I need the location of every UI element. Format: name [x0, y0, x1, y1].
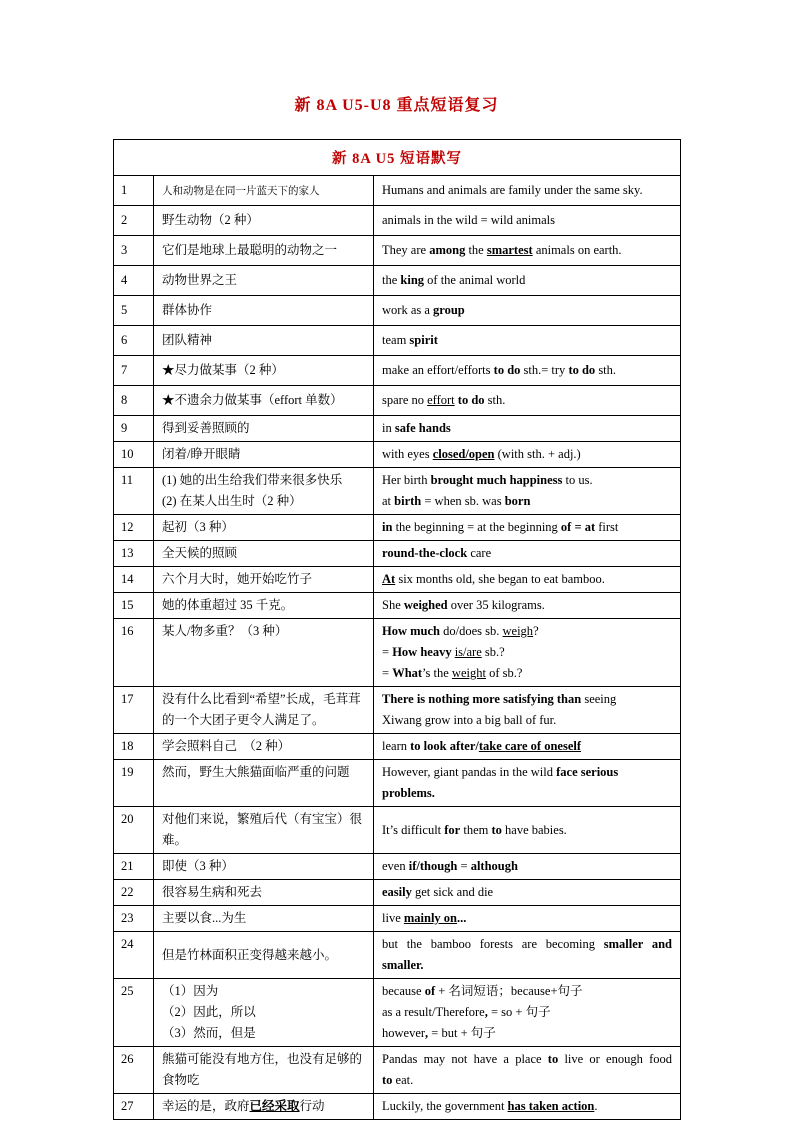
table-row: 11(1) 她的出生给我们带来很多快乐(2) 在某人出生时（2 种）Her bi…: [114, 468, 681, 515]
chinese-phrase-cell: 很容易生病和死去: [154, 880, 374, 906]
table-row: 17没有什么比看到“希望”长成，毛茸茸的一个大团子更令人满足了。There is…: [114, 687, 681, 734]
cn-line: 很容易生病和死去: [162, 882, 365, 903]
table-row: 5群体协作work as a group: [114, 296, 681, 326]
english-phrase-cell: because of + 名词短语；because+句子as a result/…: [374, 979, 681, 1047]
english-phrase-cell: team spirit: [374, 326, 681, 356]
row-number-cell: 15: [114, 593, 154, 619]
row-number-cell: 7: [114, 356, 154, 386]
english-phrase-cell: round-the-clock care: [374, 541, 681, 567]
english-phrase-cell: in the beginning = at the beginning of =…: [374, 515, 681, 541]
row-number-cell: 13: [114, 541, 154, 567]
row-number-cell: 16: [114, 619, 154, 687]
cn-line: 六个月大时，她开始吃竹子: [162, 569, 365, 590]
chinese-phrase-cell: 野生动物（2 种）: [154, 206, 374, 236]
english-phrase-cell: Humans and animals are family under the …: [374, 176, 681, 206]
chinese-phrase-cell: ★尽力做某事（2 种）: [154, 356, 374, 386]
row-number-cell: 22: [114, 880, 154, 906]
chinese-phrase-cell: 闭着/睁开眼睛: [154, 442, 374, 468]
en-line: At six months old, she began to eat bamb…: [382, 569, 672, 590]
cn-line: 闭着/睁开眼睛: [162, 444, 365, 465]
en-line: in the beginning = at the beginning of =…: [382, 517, 672, 538]
table-row: 27幸运的是，政府已经采取行动Luckily, the government h…: [114, 1094, 681, 1120]
en-line: however, = but + 句子: [382, 1023, 672, 1044]
phrase-table: 新 8A U5 短语默写 1人和动物是在同一片蓝天下的家人Humans and …: [113, 139, 681, 1120]
en-line: = What’s the weight of sb.?: [382, 663, 672, 684]
chinese-phrase-cell: 即使（3 种）: [154, 854, 374, 880]
en-line: Humans and animals are family under the …: [382, 180, 672, 201]
en-line: = How heavy is/are sb.?: [382, 642, 672, 663]
table-row: 1人和动物是在同一片蓝天下的家人Humans and animals are f…: [114, 176, 681, 206]
en-line: easily get sick and die: [382, 882, 672, 903]
table-row: 4动物世界之王the king of the animal world: [114, 266, 681, 296]
chinese-phrase-cell: 熊猫可能没有地方住，也没有足够的食物吃: [154, 1047, 374, 1094]
cn-line: 团队精神: [162, 330, 365, 351]
english-phrase-cell: Pandas may not have a place to live or e…: [374, 1047, 681, 1094]
row-number-cell: 8: [114, 386, 154, 416]
table-row: 18学会照料自己 （2 种）learn to look after/take c…: [114, 734, 681, 760]
chinese-phrase-cell: 学会照料自己 （2 种）: [154, 734, 374, 760]
en-line: smaller.: [382, 955, 672, 976]
row-number-cell: 23: [114, 906, 154, 932]
cn-line: 然而，野生大熊猫面临严重的问题: [162, 762, 365, 783]
row-number-cell: 9: [114, 416, 154, 442]
table-row: 6团队精神team spirit: [114, 326, 681, 356]
table-row: 3它们是地球上最聪明的动物之一They are among the smarte…: [114, 236, 681, 266]
cn-line: (1) 她的出生给我们带来很多快乐: [162, 470, 365, 491]
en-line: but the bamboo forests are becoming smal…: [382, 934, 672, 955]
cn-line: 全天候的照顾: [162, 543, 365, 564]
en-line: Xiwang grow into a big ball of fur.: [382, 710, 672, 731]
english-phrase-cell: the king of the animal world: [374, 266, 681, 296]
english-phrase-cell: make an effort/efforts to do sth.= try t…: [374, 356, 681, 386]
table-row: 21即使（3 种）even if/though = although: [114, 854, 681, 880]
english-phrase-cell: even if/though = although: [374, 854, 681, 880]
en-line: learn to look after/take care of oneself: [382, 736, 672, 757]
en-line: to eat.: [382, 1070, 672, 1091]
table-row: 20对他们来说，繁殖后代（有宝宝）很难。It’s difficult for t…: [114, 807, 681, 854]
row-number-cell: 12: [114, 515, 154, 541]
table-row: 14六个月大时，她开始吃竹子At six months old, she beg…: [114, 567, 681, 593]
table-row: 23主要以食...为生live mainly on...: [114, 906, 681, 932]
english-phrase-cell: At six months old, she began to eat bamb…: [374, 567, 681, 593]
cn-line: 群体协作: [162, 300, 365, 321]
cn-line: 起初（3 种）: [162, 517, 365, 538]
chinese-phrase-cell: (1) 她的出生给我们带来很多快乐(2) 在某人出生时（2 种）: [154, 468, 374, 515]
page-title: 新 8A U5-U8 重点短语复习: [0, 92, 793, 115]
chinese-phrase-cell: 全天候的照顾: [154, 541, 374, 567]
cn-line: 熊猫可能没有地方住，也没有足够的食物吃: [162, 1049, 365, 1091]
row-number-cell: 10: [114, 442, 154, 468]
cn-line: 动物世界之王: [162, 270, 365, 291]
cn-line: 她的体重超过 35 千克。: [162, 595, 365, 616]
chinese-phrase-cell: 但是竹林面积正变得越来越小。: [154, 932, 374, 979]
en-line: team spirit: [382, 330, 672, 351]
chinese-phrase-cell: 团队精神: [154, 326, 374, 356]
cn-line: （1）因为: [162, 981, 365, 1002]
table-row: 9得到妥善照顾的in safe hands: [114, 416, 681, 442]
english-phrase-cell: animals in the wild = wild animals: [374, 206, 681, 236]
cn-line: （2）因此，所以: [162, 1002, 365, 1023]
table-row: 8★不遗余力做某事（effort 单数）spare no effort to d…: [114, 386, 681, 416]
table-row: 25（1）因为（2）因此，所以（3）然而，但是because of + 名词短语…: [114, 979, 681, 1047]
row-number-cell: 17: [114, 687, 154, 734]
chinese-phrase-cell: 六个月大时，她开始吃竹子: [154, 567, 374, 593]
english-phrase-cell: Her birth brought much happiness to us.a…: [374, 468, 681, 515]
en-line: There is nothing more satisfying than se…: [382, 689, 672, 710]
cn-line: 学会照料自己 （2 种）: [162, 736, 365, 757]
row-number-cell: 3: [114, 236, 154, 266]
en-line: as a result/Therefore, = so + 句子: [382, 1002, 672, 1023]
table-body: 1人和动物是在同一片蓝天下的家人Humans and animals are f…: [114, 176, 681, 1120]
chinese-phrase-cell: 得到妥善照顾的: [154, 416, 374, 442]
row-number-cell: 24: [114, 932, 154, 979]
row-number-cell: 18: [114, 734, 154, 760]
table-row: 19然而，野生大熊猫面临严重的问题However, giant pandas i…: [114, 760, 681, 807]
cn-line: 即使（3 种）: [162, 856, 365, 877]
en-line: even if/though = although: [382, 856, 672, 877]
en-line: in safe hands: [382, 418, 672, 439]
en-line: She weighed over 35 kilograms.: [382, 595, 672, 616]
row-number-cell: 25: [114, 979, 154, 1047]
chinese-phrase-cell: 动物世界之王: [154, 266, 374, 296]
table-row: 15她的体重超过 35 千克。She weighed over 35 kilog…: [114, 593, 681, 619]
chinese-phrase-cell: （1）因为（2）因此，所以（3）然而，但是: [154, 979, 374, 1047]
chinese-phrase-cell: 人和动物是在同一片蓝天下的家人: [154, 176, 374, 206]
english-phrase-cell: However, giant pandas in the wild face s…: [374, 760, 681, 807]
cn-line: 没有什么比看到“希望”长成，毛茸茸的一个大团子更令人满足了。: [162, 689, 365, 731]
en-line: Her birth brought much happiness to us.: [382, 470, 672, 491]
cn-line: ★尽力做某事（2 种）: [162, 360, 365, 381]
en-line: live mainly on...: [382, 908, 672, 929]
chinese-phrase-cell: 然而，野生大熊猫面临严重的问题: [154, 760, 374, 807]
en-line: It’s difficult for them to have babies.: [382, 820, 672, 841]
en-line: They are among the smartest animals on e…: [382, 240, 672, 261]
english-phrase-cell: spare no effort to do sth.: [374, 386, 681, 416]
english-phrase-cell: work as a group: [374, 296, 681, 326]
table-row: 12起初（3 种）in the beginning = at the begin…: [114, 515, 681, 541]
chinese-phrase-cell: 某人/物多重？（3 种）: [154, 619, 374, 687]
table-row: 16某人/物多重？（3 种）How much do/does sb. weigh…: [114, 619, 681, 687]
en-line: spare no effort to do sth.: [382, 390, 672, 411]
row-number-cell: 2: [114, 206, 154, 236]
cn-line: 幸运的是，政府已经采取行动: [162, 1096, 365, 1117]
row-number-cell: 26: [114, 1047, 154, 1094]
chinese-phrase-cell: 起初（3 种）: [154, 515, 374, 541]
english-phrase-cell: in safe hands: [374, 416, 681, 442]
en-line: How much do/does sb. weigh?: [382, 621, 672, 642]
english-phrase-cell: Luckily, the government has taken action…: [374, 1094, 681, 1120]
table-row: 22很容易生病和死去easily get sick and die: [114, 880, 681, 906]
cn-line: 野生动物（2 种）: [162, 210, 365, 231]
chinese-phrase-cell: 群体协作: [154, 296, 374, 326]
english-phrase-cell: How much do/does sb. weigh?= How heavy i…: [374, 619, 681, 687]
row-number-cell: 27: [114, 1094, 154, 1120]
cn-line: 得到妥善照顾的: [162, 418, 365, 439]
chinese-phrase-cell: 主要以食...为生: [154, 906, 374, 932]
table-row: 2野生动物（2 种）animals in the wild = wild ani…: [114, 206, 681, 236]
table-header-row: 新 8A U5 短语默写: [114, 140, 681, 176]
english-phrase-cell: easily get sick and die: [374, 880, 681, 906]
row-number-cell: 19: [114, 760, 154, 807]
cn-line: （3）然而，但是: [162, 1023, 365, 1044]
en-line: at birth = when sb. was born: [382, 491, 672, 512]
en-line: animals in the wild = wild animals: [382, 210, 672, 231]
row-number-cell: 5: [114, 296, 154, 326]
en-line: Luckily, the government has taken action…: [382, 1096, 672, 1117]
chinese-phrase-cell: 没有什么比看到“希望”长成，毛茸茸的一个大团子更令人满足了。: [154, 687, 374, 734]
en-line: make an effort/efforts to do sth.= try t…: [382, 360, 672, 381]
en-line: work as a group: [382, 300, 672, 321]
table-row: 10闭着/睁开眼睛with eyes closed/open (with sth…: [114, 442, 681, 468]
en-line: However, giant pandas in the wild face s…: [382, 762, 672, 783]
chinese-phrase-cell: 她的体重超过 35 千克。: [154, 593, 374, 619]
table-row: 13全天候的照顾round-the-clock care: [114, 541, 681, 567]
cn-line: ★不遗余力做某事（effort 单数）: [162, 390, 365, 411]
cn-line: (2) 在某人出生时（2 种）: [162, 491, 365, 512]
table-row: 26熊猫可能没有地方住，也没有足够的食物吃Pandas may not have…: [114, 1047, 681, 1094]
cn-line: 对他们来说，繁殖后代（有宝宝）很难。: [162, 809, 365, 851]
cn-line: 它们是地球上最聪明的动物之一: [162, 240, 365, 261]
chinese-phrase-cell: ★不遗余力做某事（effort 单数）: [154, 386, 374, 416]
row-number-cell: 21: [114, 854, 154, 880]
en-line: because of + 名词短语；because+句子: [382, 981, 672, 1002]
chinese-phrase-cell: 幸运的是，政府已经采取行动: [154, 1094, 374, 1120]
english-phrase-cell: learn to look after/take care of oneself: [374, 734, 681, 760]
english-phrase-cell: but the bamboo forests are becoming smal…: [374, 932, 681, 979]
en-line: with eyes closed/open (with sth. + adj.): [382, 444, 672, 465]
english-phrase-cell: with eyes closed/open (with sth. + adj.): [374, 442, 681, 468]
english-phrase-cell: It’s difficult for them to have babies.: [374, 807, 681, 854]
table-row: 7★尽力做某事（2 种）make an effort/efforts to do…: [114, 356, 681, 386]
english-phrase-cell: live mainly on...: [374, 906, 681, 932]
english-phrase-cell: She weighed over 35 kilograms.: [374, 593, 681, 619]
row-number-cell: 6: [114, 326, 154, 356]
table-row: 24但是竹林面积正变得越来越小。but the bamboo forests a…: [114, 932, 681, 979]
cn-line: 某人/物多重？（3 种）: [162, 621, 365, 642]
document-page: 新 8A U5-U8 重点短语复习 新 8A U5 短语默写 1人和动物是在同一…: [0, 0, 793, 1120]
table-section-header: 新 8A U5 短语默写: [114, 140, 681, 176]
english-phrase-cell: They are among the smartest animals on e…: [374, 236, 681, 266]
cn-line: 人和动物是在同一片蓝天下的家人: [162, 183, 365, 201]
en-line: round-the-clock care: [382, 543, 672, 564]
row-number-cell: 20: [114, 807, 154, 854]
row-number-cell: 1: [114, 176, 154, 206]
english-phrase-cell: There is nothing more satisfying than se…: [374, 687, 681, 734]
chinese-phrase-cell: 对他们来说，繁殖后代（有宝宝）很难。: [154, 807, 374, 854]
en-line: problems.: [382, 783, 672, 804]
cn-line: 但是竹林面积正变得越来越小。: [162, 945, 365, 966]
chinese-phrase-cell: 它们是地球上最聪明的动物之一: [154, 236, 374, 266]
en-line: Pandas may not have a place to live or e…: [382, 1049, 672, 1070]
row-number-cell: 4: [114, 266, 154, 296]
en-line: the king of the animal world: [382, 270, 672, 291]
row-number-cell: 14: [114, 567, 154, 593]
row-number-cell: 11: [114, 468, 154, 515]
cn-line: 主要以食...为生: [162, 908, 365, 929]
